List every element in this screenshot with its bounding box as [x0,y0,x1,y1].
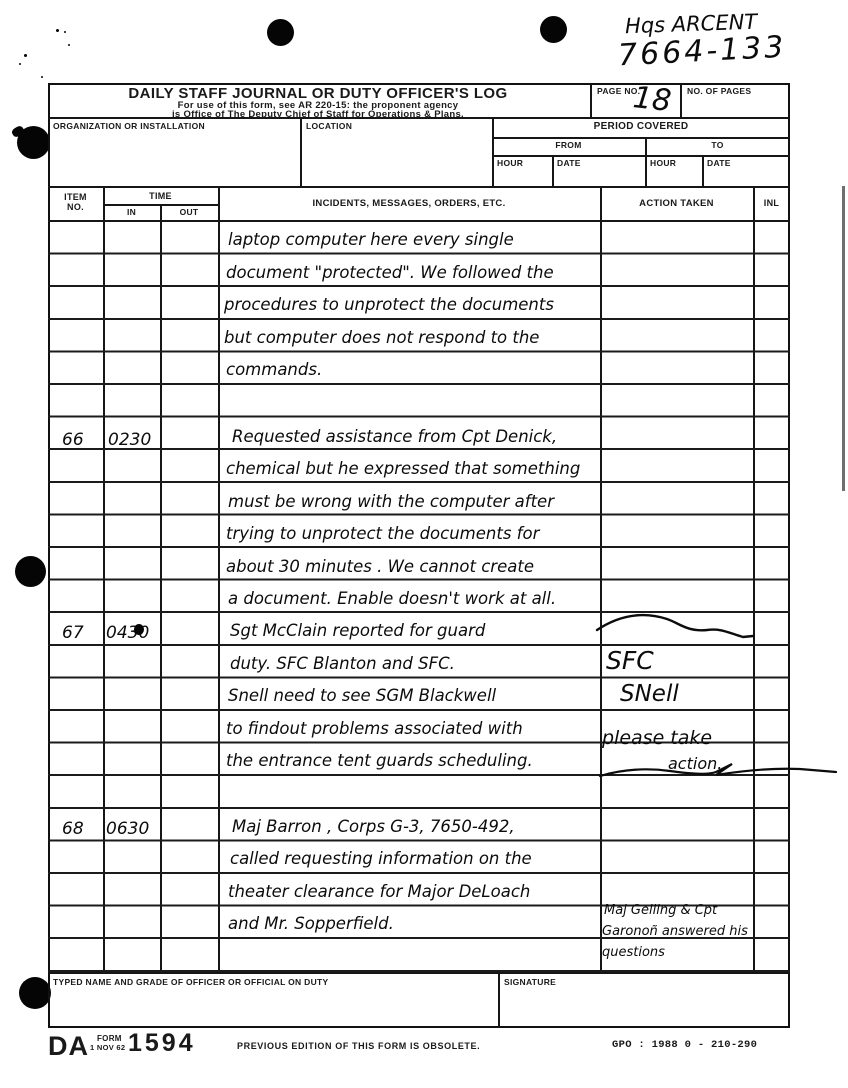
journal-line: Maj Barron , Corps G-3, 7650-492, [232,811,515,843]
journal-line: theater clearance for Major DeLoach [228,876,530,908]
action-line: questions [602,942,665,963]
time-col-label: TIME [103,191,218,201]
da-form-number: 1594 [128,1029,196,1058]
time-in-value: 0630 [106,813,149,845]
action-line: Garonoñ answered his [602,921,748,942]
hour-to-label: HOUR [650,158,676,168]
obsolete-note: PREVIOUS EDITION OF THIS FORM IS OBSOLET… [237,1041,480,1051]
punch-hole-left-2 [15,556,46,587]
scan-speck [24,54,27,57]
to-label: TO [645,140,790,150]
journal-line: must be wrong with the computer after [228,486,554,518]
from-label: FROM [492,140,645,150]
punch-hole-left-3 [19,977,51,1009]
typed-name-label: TYPED NAME AND GRADE OF OFFICER OR OFFIC… [53,977,329,987]
action-line: SNell [620,678,679,710]
journal-line: trying to unprotect the documents for [226,518,539,550]
item-number: 66 [62,424,84,456]
date-from-label: DATE [557,158,581,168]
ink-blot [134,624,144,635]
handwritten-log-number: 7664-133 [617,32,787,73]
scan-edge-artifact [842,186,845,491]
item-no-col-label: NO. [48,202,103,212]
journal-line: procedures to unprotect the documents [224,289,554,321]
ink-squiggle [593,606,758,646]
da-form-word: FORM [97,1034,122,1043]
scan-speck [56,29,59,32]
scan-speck [68,44,70,46]
action-line: SFC [606,645,654,677]
incidents-col-label: INCIDENTS, MESSAGES, ORDERS, ETC. [218,198,600,209]
journal-line: the entrance tent guards scheduling. [226,745,533,777]
time-in-col-label: IN [103,207,160,217]
signature-label: SIGNATURE [504,977,556,987]
inl-col-label: INL [753,198,790,208]
location-label: LOCATION [306,121,352,131]
gpo-print-code: GPO : 1988 0 - 210-290 [612,1039,757,1051]
date-to-label: DATE [707,158,731,168]
punch-hole-top-left [267,19,294,46]
scan-speck [64,31,66,33]
journal-line: a document. Enable doesn't work at all. [228,583,556,615]
organization-label: ORGANIZATION OR INSTALLATION [53,121,205,131]
hour-from-label: HOUR [497,158,523,168]
journal-line: about 30 minutes . We cannot create [226,551,534,583]
da-form-date: 1 NOV 62 [90,1043,125,1052]
journal-line: Requested assistance from Cpt Denick, [232,421,557,453]
da-form-mark: DA [48,1031,89,1062]
journal-line: called requesting information on the [230,843,532,875]
scan-speck [41,76,43,78]
handwritten-page-no: 18 [631,82,672,118]
punch-hole-top-right [540,16,567,43]
journal-line: laptop computer here every single [228,224,514,256]
item-number: 67 [62,617,84,649]
time-out-col-label: OUT [160,207,218,217]
action-col-label: ACTION TAKEN [600,198,753,209]
scanned-da-form-1594: Hqs ARCENT 7664-133 DAILY STAFF JOURNAL … [0,0,848,1088]
action-line: Maj Gelling & Cpt [604,900,717,921]
journal-line: chemical but he expressed that something [226,453,580,485]
form-subtitle-2: is Office of The Deputy Chief of Staff f… [68,109,568,120]
journal-line: to findout problems associated with [226,713,523,745]
journal-line: and Mr. Sopperfield. [228,908,394,940]
journal-line: but computer does not respond to the [224,322,539,354]
scan-speck [19,63,21,65]
journal-line: duty. SFC Blanton and SFC. [230,648,455,680]
item-col-label: ITEM [48,192,103,202]
period-covered-label: PERIOD COVERED [492,121,790,132]
no-of-pages-label: NO. OF PAGES [687,86,751,96]
ink-flourish [598,760,838,784]
item-number: 68 [62,813,84,845]
journal-line: commands. [226,354,322,386]
time-in-value: 0230 [108,424,151,456]
journal-line: Sgt McClain reported for guard [230,615,485,647]
journal-line: Snell need to see SGM Blackwell [228,680,496,712]
journal-line: document "protected". We followed the [226,257,554,289]
